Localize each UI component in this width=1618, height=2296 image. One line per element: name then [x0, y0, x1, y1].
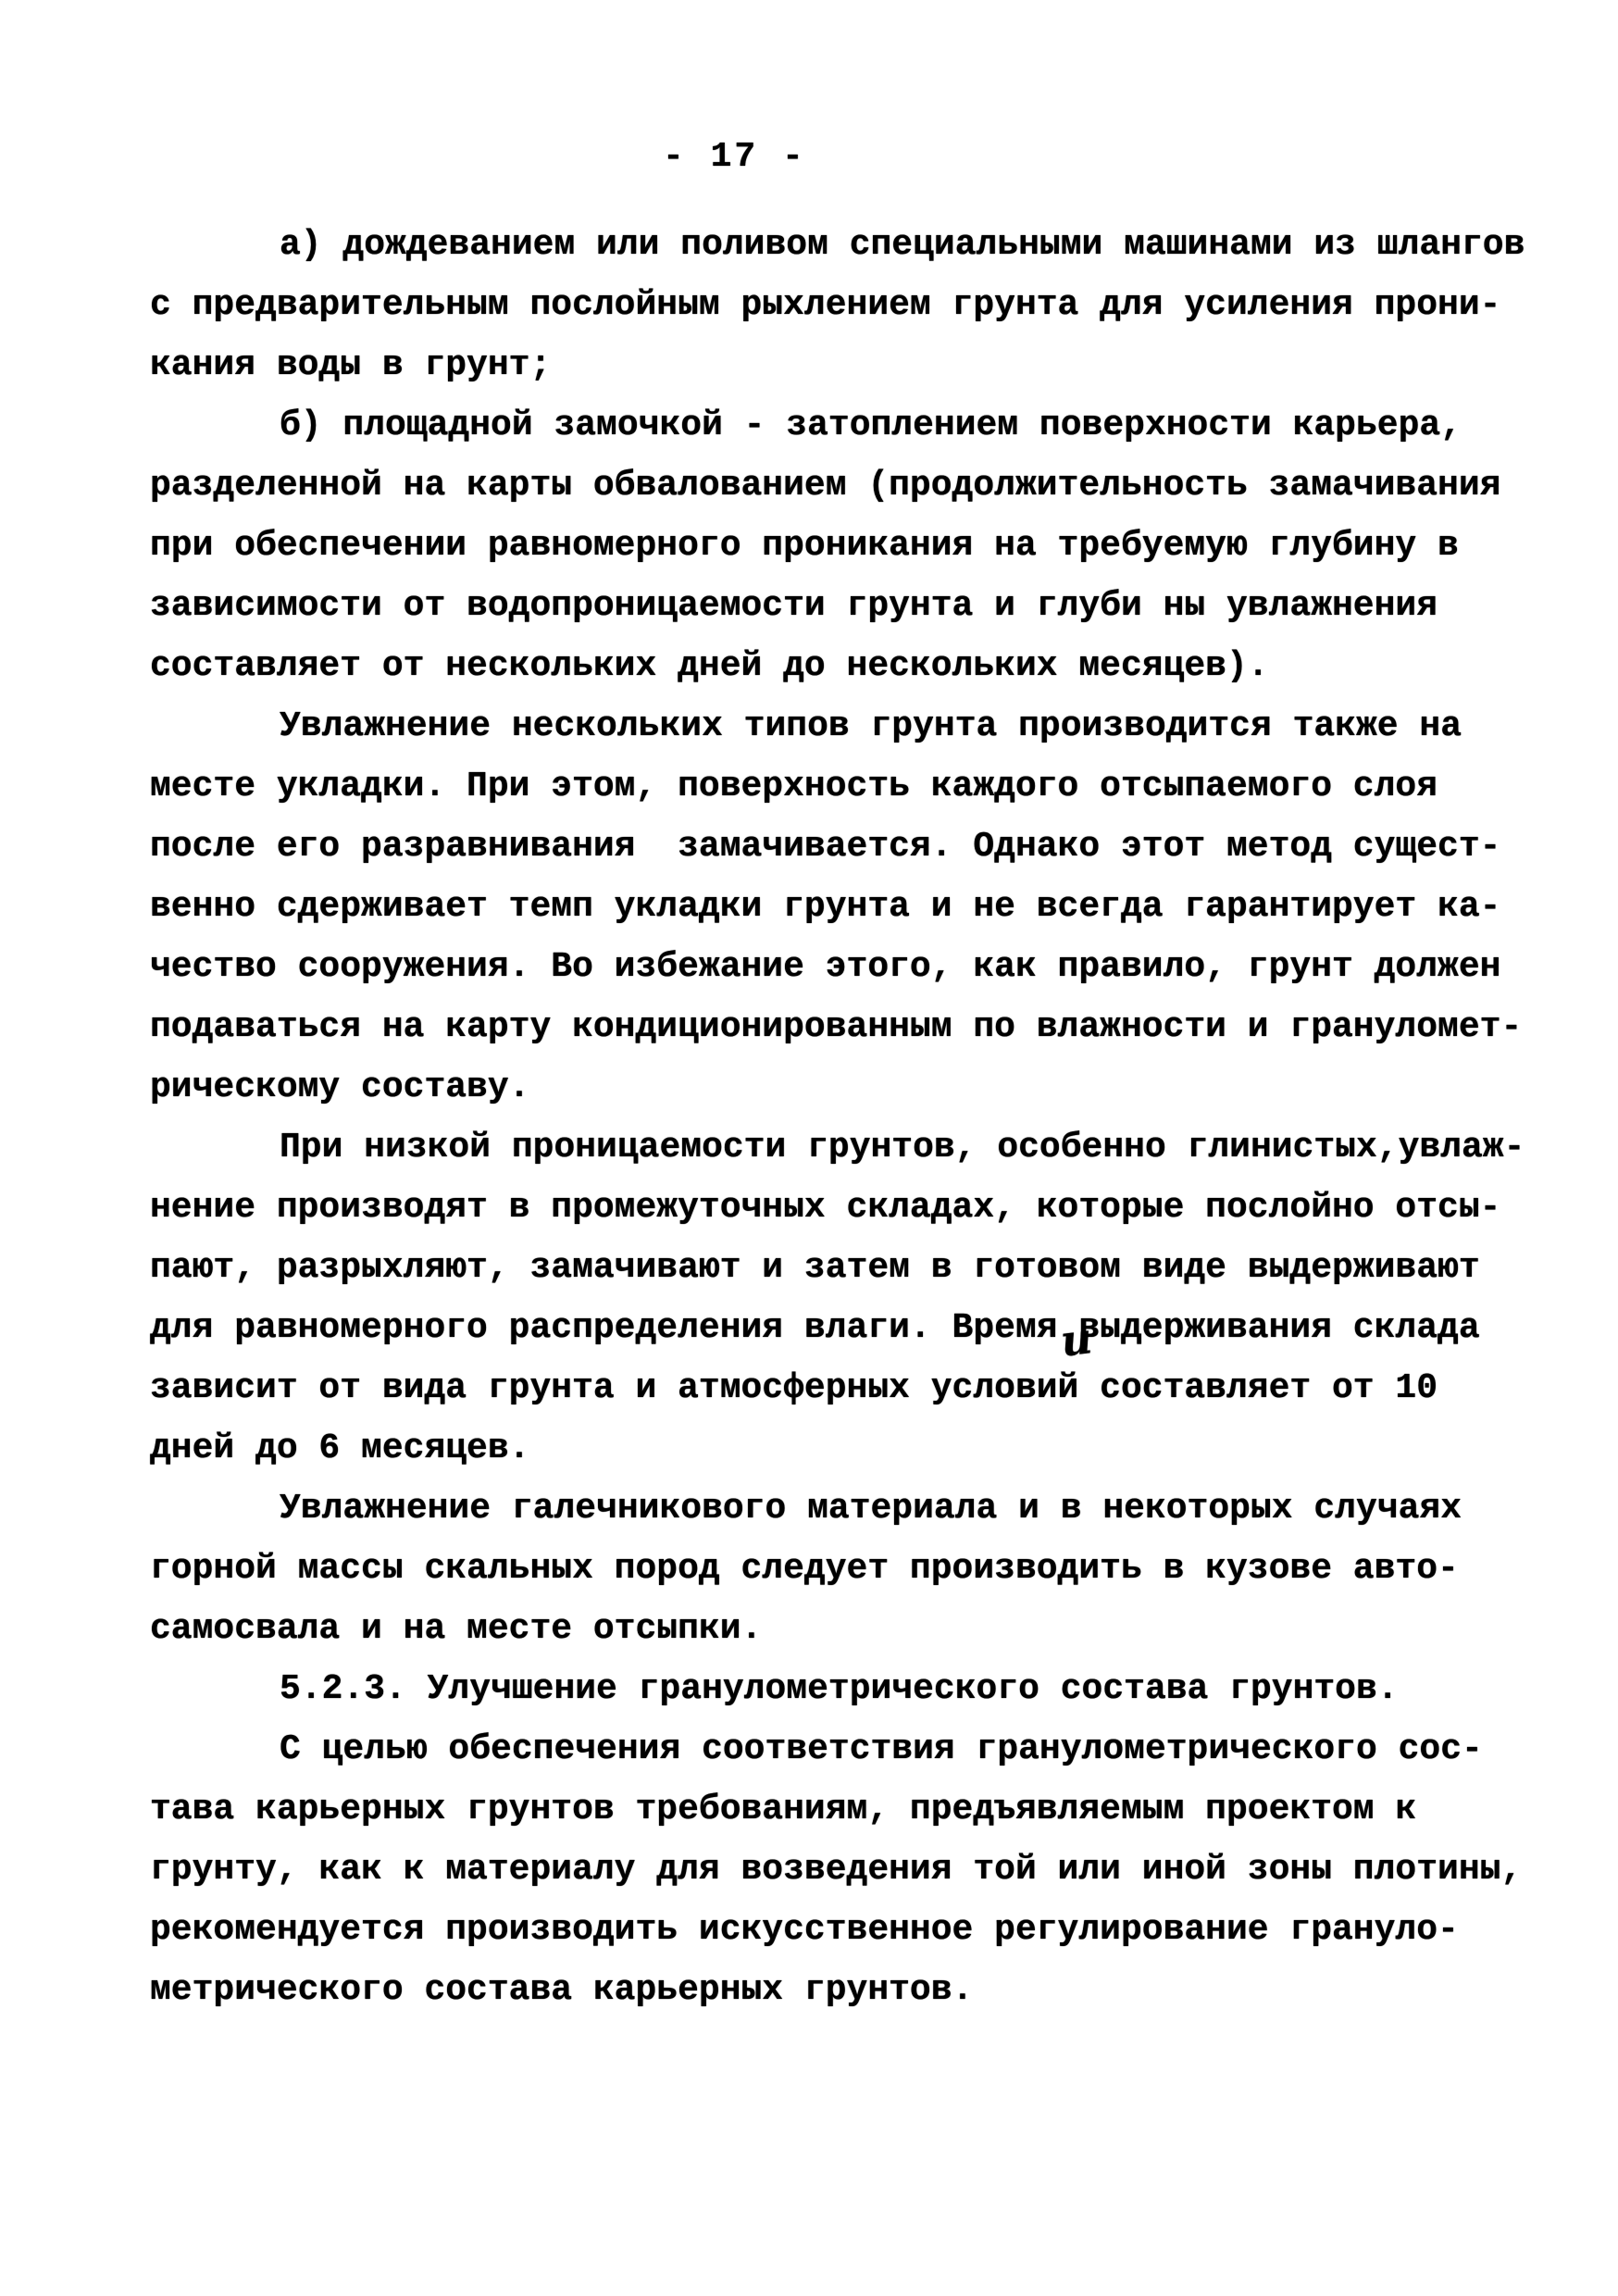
text-line: венно сдерживает темп укладки грунта и н…	[150, 877, 1557, 937]
text-line: дней до 6 месяцев.	[150, 1418, 1557, 1479]
text-line: при обеспечении равномерного проникания …	[150, 516, 1557, 576]
text-line: подаваться на карту кондиционированным п…	[150, 997, 1557, 1057]
text-line: составляет от нескольких дней до несколь…	[150, 636, 1557, 696]
text-line: чество сооружения. Во избежание этого, к…	[150, 937, 1557, 997]
text-line: 5.2.3. Улучшение гранулометрического сос…	[150, 1659, 1557, 1719]
text-line: после его разравнивания замачивается. Од…	[150, 817, 1557, 877]
text-line: При низкой проницаемости грунтов, особен…	[150, 1117, 1557, 1178]
page-number: - 17 -	[663, 135, 806, 180]
text-line: зависимости от водопроницаемости грунта …	[150, 576, 1557, 636]
text-line: разделенной на карты обвалованием (продо…	[150, 455, 1557, 516]
text-line: для равномерного распределения влаги. Вр…	[150, 1298, 1557, 1358]
text-line: самосвала и на месте отсыпки.	[150, 1599, 1557, 1659]
text-line: метрического состава карьерных грунтов.	[150, 1960, 1557, 2020]
handwritten-insertion-letter: и	[1058, 1316, 1094, 1363]
text-line: рическому составу.	[150, 1057, 1557, 1117]
text-line: Увлажнение нескольких типов грунта произ…	[150, 696, 1557, 756]
text-line: зависит от вида грунта и атмосферных усл…	[150, 1358, 1557, 1418]
text-line: месте укладки. При этом, поверхность каж…	[150, 756, 1557, 817]
scanned-page: { "page": { "number_label": "- 17 -", "b…	[0, 0, 1618, 2296]
text-line: б) площадной замочкой - затоплением пове…	[150, 395, 1557, 455]
text-line: рекомендуется производить искусственное …	[150, 1900, 1557, 1960]
text-line: нение производят в промежуточных складах…	[150, 1178, 1557, 1238]
text-line: пают, разрыхляют, замачивают и затем в г…	[150, 1238, 1557, 1298]
document-body: а) дождеванием или поливом специальными …	[150, 215, 1557, 2020]
text-line: кания воды в грунт;	[150, 335, 1557, 395]
text-line: грунту, как к материалу для возведения т…	[150, 1840, 1557, 1900]
text-line: горной массы скальных пород следует прои…	[150, 1539, 1557, 1599]
text-line: а) дождеванием или поливом специальными …	[150, 215, 1557, 275]
text-line: тава карьерных грунтов требованиям, пред…	[150, 1779, 1557, 1840]
text-line: с предварительным послойным рыхлением гр…	[150, 275, 1557, 335]
text-line: Увлажнение галечникового материала и в н…	[150, 1479, 1557, 1539]
text-line: С целью обеспечения соответствия грануло…	[150, 1719, 1557, 1779]
